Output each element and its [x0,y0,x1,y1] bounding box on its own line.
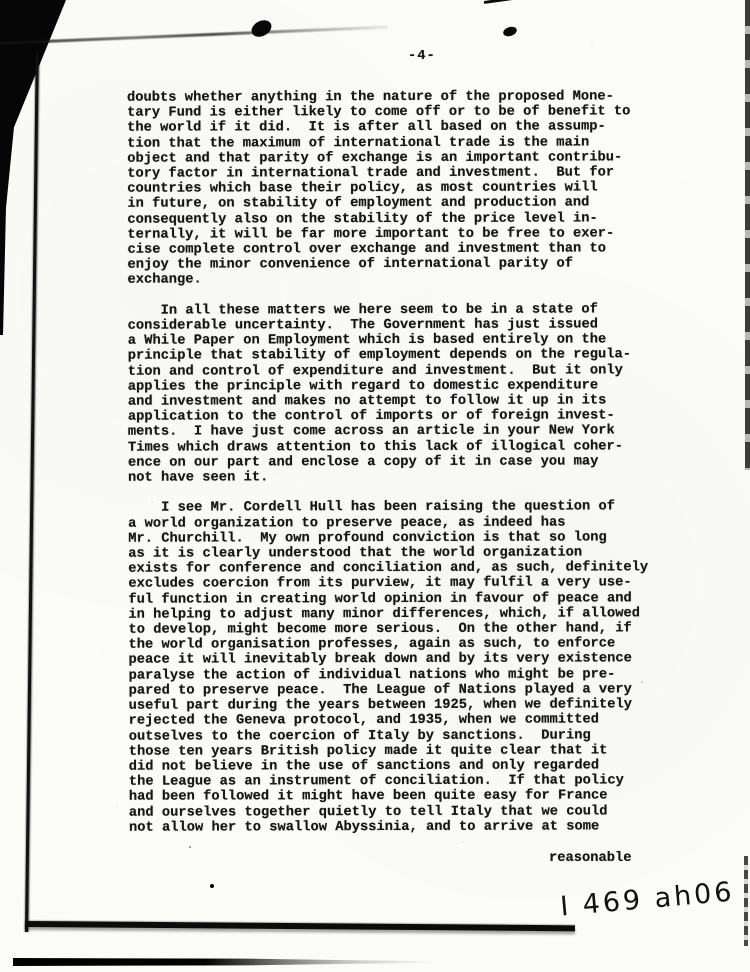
scan-smudge-streak [0,26,388,45]
scan-right-edge-strip [744,856,748,946]
letter-body: doubts whether anything in the nature of… [127,89,669,835]
scan-corner-artifact [0,0,66,335]
handwritten-annotation: I 469 ah06 [559,876,736,922]
paper-bottom-edge-line [25,921,575,931]
ink-blob [249,17,275,40]
scanned-letter-page: -4- doubts whether anything in the natur… [0,0,750,972]
paragraph-monetary-fund: doubts whether anything in the nature of… [127,89,668,288]
catchword: reasonable [549,851,632,866]
scan-bottom-bar [13,958,437,966]
paragraph-world-organization: I see Mr. Cordell Hull has been raising … [128,500,669,836]
paper-speckles [210,884,214,888]
scan-right-edge-strip [745,0,750,470]
paper-left-edge-line [25,52,39,932]
paragraph-white-paper: In all these matters we here seem to be … [128,302,668,486]
ink-blob [502,25,518,38]
page-number: -4- [408,49,436,64]
scan-diagonal-mark [484,0,568,4]
